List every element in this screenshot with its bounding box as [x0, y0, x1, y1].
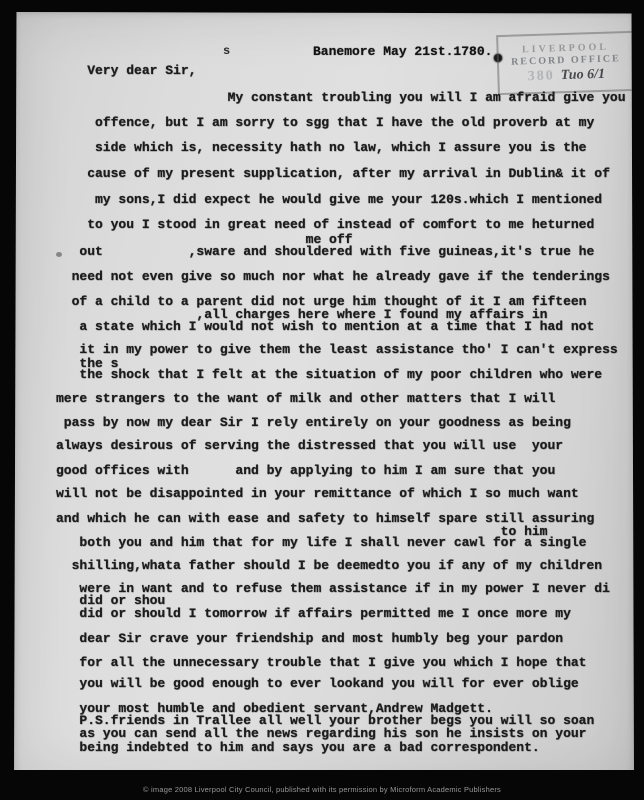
letter-line: offence, but I am sorry to sgg that I ha… [56, 116, 594, 129]
letter-line: the shock that I felt at the situation o… [56, 368, 602, 381]
letter-line: always desirous of serving the distresse… [56, 439, 563, 452]
dateline: Banemore May 21st.1780. [313, 44, 492, 59]
copyright-text: © image 2008 Liverpool City Council, pub… [0, 785, 644, 794]
letter-line: dear Sir crave your friendship and most … [56, 632, 563, 645]
letter-line: as you can send all the news regarding h… [56, 727, 587, 740]
letter-line: my sons,I did expect he would give me yo… [56, 193, 602, 206]
letter-page: s Banemore May 21st.1780. LIVERPOOL RECO… [14, 12, 634, 782]
letter-line: mere strangers to the want of milk and o… [56, 392, 555, 405]
letter-line: need not even give so much nor what he a… [56, 270, 610, 283]
stamp-reference: Tuo 6/1 [561, 66, 606, 83]
letter-line: Very dear Sir, [56, 64, 196, 77]
letter-line: it in my power to give them the least as… [56, 343, 618, 356]
stray-character: s [223, 44, 230, 58]
letter-line: shilling,whata father should I be deemed… [56, 559, 602, 572]
letter-line: side which is, necessity hath no law, wh… [56, 141, 587, 154]
letter-line: cause of my present supplication, after … [56, 167, 610, 180]
letter-line: My constant troubling you will I am afra… [56, 91, 626, 104]
letter-line: out ,sware and shouldered with five guin… [56, 245, 594, 258]
letter-line: both you and him that for my life I shal… [56, 536, 587, 549]
letter-line: you will be good enough to ever lookand … [56, 677, 579, 690]
archive-stamp: LIVERPOOL RECORD OFFICE 380 Tuo 6/1 [496, 31, 636, 95]
letter-line: pass by now my dear Sir I rely entirely … [56, 416, 571, 429]
stamp-office-name-line2: RECORD OFFICE [511, 53, 621, 67]
letter-line: good offices with and by applying to him… [56, 464, 555, 477]
stamp-number: 380 [528, 68, 555, 85]
letter-line: for all the unnecessary trouble that I g… [56, 656, 587, 669]
letter-line: being indebted to him and says you are a… [56, 741, 540, 754]
letter-line: a state which I would not wish to mentio… [56, 320, 594, 333]
letter-line: to you I stood in great need of instead … [56, 218, 594, 231]
letter-line: will not be disappointed in your remitta… [56, 487, 579, 500]
letter-line: did or should I tomorrow if affairs perm… [56, 607, 571, 620]
